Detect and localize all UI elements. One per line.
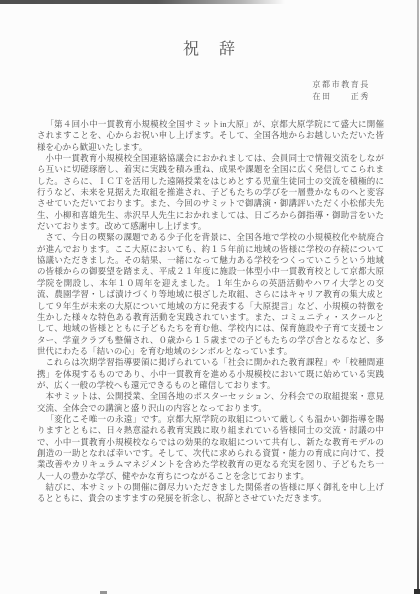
paragraph-summit-program: 本サミットは、公開授業、全国各地のポスターセッション、分科会での取組提案・意見交… <box>37 391 384 414</box>
scanned-letter-page: 祝 辞 京都市教育長 在田 正秀 「第４回小中一貫教育小規模校全国サミットin大… <box>0 0 420 594</box>
signature-name: 在田 正秀 <box>312 91 370 103</box>
scan-artifact-corner-mark <box>414 589 420 594</box>
signature-block: 京都市教育長 在田 正秀 <box>312 79 370 102</box>
paragraph-ohara-history: さて、今日の喫緊の課題である少子化を背景に、全国各地で学校の小規模校化や統廃合が… <box>37 232 384 357</box>
paragraph-council-praise: 小中一貫教育小規模校全国連絡協議会におかれましては、会員同士で情報交流をしながら… <box>37 153 384 232</box>
paragraph-change: 「変化こそ唯一の永遠」です。京都大原学院の取組について厳しくも温かい御指導を賜り… <box>37 414 384 482</box>
scan-artifact-top-edge <box>0 0 285 4</box>
document-title: 祝 辞 <box>0 36 420 59</box>
letter-body: 「第４回小中一貫教育小規模校全国サミットin大原」が、京都大原学院にて盛大に開催… <box>37 119 384 505</box>
signature-role: 京都市教育長 <box>312 79 370 91</box>
paragraph-closing: 結びに、本サミットの開催に御尽力いただきました関係者の皆様に厚く御礼を申し上げる… <box>37 482 384 505</box>
paragraph-greeting: 「第４回小中一貫教育小規模校全国サミットin大原」が、京都大原学院にて盛大に開催… <box>37 119 384 153</box>
paragraph-curriculum: これらは次期学習指導要領に掲げられている「社会に開かれた教育課程」や「校種間連携… <box>37 357 384 391</box>
scan-artifact-right-edge <box>417 0 419 594</box>
